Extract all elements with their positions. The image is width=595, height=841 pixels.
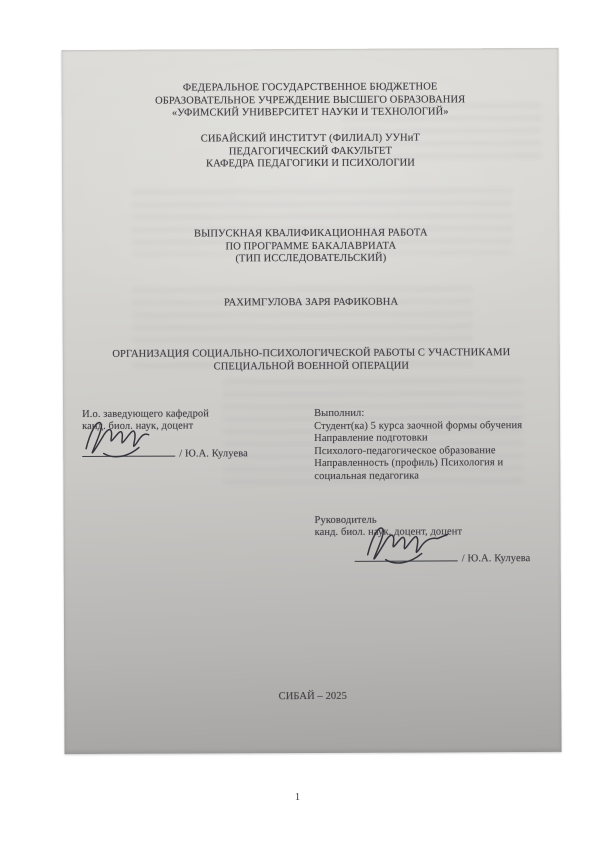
department-header: СИБАЙСКИЙ ИНСТИТУТ (ФИЛИАЛ) УУНиТ ПЕДАГО… [62, 132, 559, 172]
signature-line [355, 545, 458, 561]
author-name: РАХИМГУЛОВА ЗАРЯ РАФИКОВНА [63, 296, 560, 311]
scanned-title-page: ФЕДЕРАЛЬНОЕ ГОСУДАРСТВЕННОЕ БЮДЖЕТНОЕ ОБ… [61, 48, 561, 754]
performer-section: Выполнил: Студент(ка) 5 курса заочной фо… [314, 407, 522, 483]
work-type-line: (ТИП ИССЛЕДОВАТЕЛЬСКИЙ) [62, 252, 559, 267]
signature-name: / Ю.А. Кулуева [462, 553, 531, 564]
performer-detail-line: Направление подготовки [314, 432, 522, 445]
work-type-block: ВЫПУСКНАЯ КВАЛИФИКАЦИОННАЯ РАБОТА ПО ПРО… [62, 227, 559, 267]
institution-name-line: «УФИМСКИЙ УНИВЕРСИТЕТ НАУКИ И ТЕХНОЛОГИЙ… [62, 106, 559, 121]
thesis-title: ОРГАНИЗАЦИЯ СОЦИАЛЬНО-ПСИХОЛОГИЧЕСКОЙ РА… [63, 347, 560, 374]
city-year: СИБАЙ – 2025 [64, 690, 561, 705]
performer-detail-line: Направленность (профиль) Психология и [314, 457, 522, 470]
performer-label: Выполнил: [314, 407, 522, 420]
page-number: 1 [0, 792, 595, 803]
supervisor-signature-row: / Ю.А. Кулуева [355, 545, 531, 566]
performer-detail-line: социальная педагогика [314, 470, 522, 483]
signature-handwriting-icon [361, 520, 457, 564]
thesis-title-line: ОРГАНИЗАЦИЯ СОЦИАЛЬНО-ПСИХОЛОГИЧЕСКОЙ РА… [63, 347, 560, 362]
department-line: КАФЕДРА ПЕДАГОГИКИ И ПСИХОЛОГИИ [62, 157, 559, 172]
institution-header: ФЕДЕРАЛЬНОЕ ГОСУДАРСТВЕННОЕ БЮДЖЕТНОЕ ОБ… [62, 81, 559, 121]
thesis-title-line: СПЕЦИАЛЬНОЙ ВОЕННОЙ ОПЕРАЦИИ [63, 359, 560, 374]
signature-line [82, 441, 175, 457]
signature-name: / Ю.А. Кулуева [179, 448, 248, 459]
performer-detail-line: Студент(ка) 5 курса заочной формы обучен… [314, 420, 522, 433]
performer-detail-line: Психолого-педагогическое образование [314, 445, 522, 458]
approval-signature-row: / Ю.А. Кулуева [82, 440, 248, 461]
signature-handwriting-icon [82, 415, 170, 459]
